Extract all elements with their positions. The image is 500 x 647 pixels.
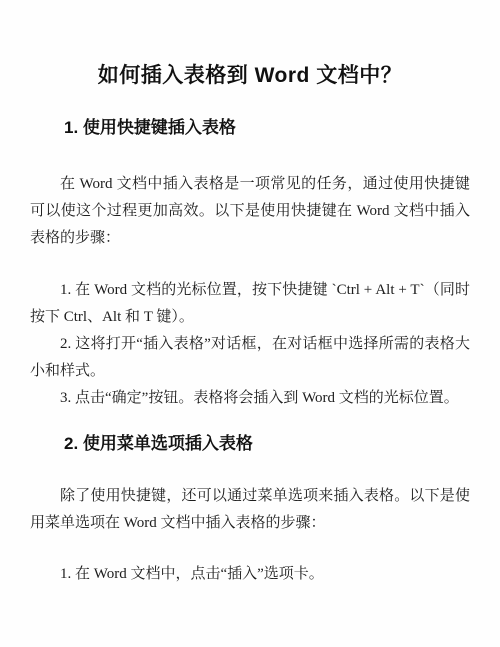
section-1-step-1: 1. 在 Word 文档的光标位置，按下快捷键 `Ctrl + Alt + T`… (30, 277, 470, 331)
section-1-intro-paragraph: 在 Word 文档中插入表格是一项常见的任务，通过使用快捷键可以使这个过程更加高… (30, 171, 470, 252)
section-1-steps: 1. 在 Word 文档的光标位置，按下快捷键 `Ctrl + Alt + T`… (30, 277, 470, 412)
document-page: 如何插入表格到 Word 文档中？ 1. 使用快捷键插入表格 在 Word 文档… (0, 0, 500, 647)
section-2-steps: 1. 在 Word 文档中，点击“插入”选项卡。 (30, 561, 470, 588)
section-2-step-1: 1. 在 Word 文档中，点击“插入”选项卡。 (30, 561, 470, 588)
section-1-step-3: 3. 点击“确定”按钮。表格将会插入到 Word 文档的光标位置。 (30, 385, 470, 412)
section-shortcut-method: 1. 使用快捷键插入表格 在 Word 文档中插入表格是一项常见的任务，通过使用… (30, 116, 470, 412)
section-2-heading: 2. 使用菜单选项插入表格 (30, 432, 470, 455)
section-1-heading: 1. 使用快捷键插入表格 (30, 116, 470, 139)
section-2-intro-paragraph: 除了使用快捷键，还可以通过菜单选项来插入表格。以下是使用菜单选项在 Word 文… (30, 483, 470, 537)
section-menu-method: 2. 使用菜单选项插入表格 除了使用快捷键，还可以通过菜单选项来插入表格。以下是… (30, 432, 470, 588)
document-title: 如何插入表格到 Word 文档中？ (30, 62, 470, 90)
section-1-step-2: 2. 这将打开“插入表格”对话框，在对话框中选择所需的表格大小和样式。 (30, 331, 470, 385)
